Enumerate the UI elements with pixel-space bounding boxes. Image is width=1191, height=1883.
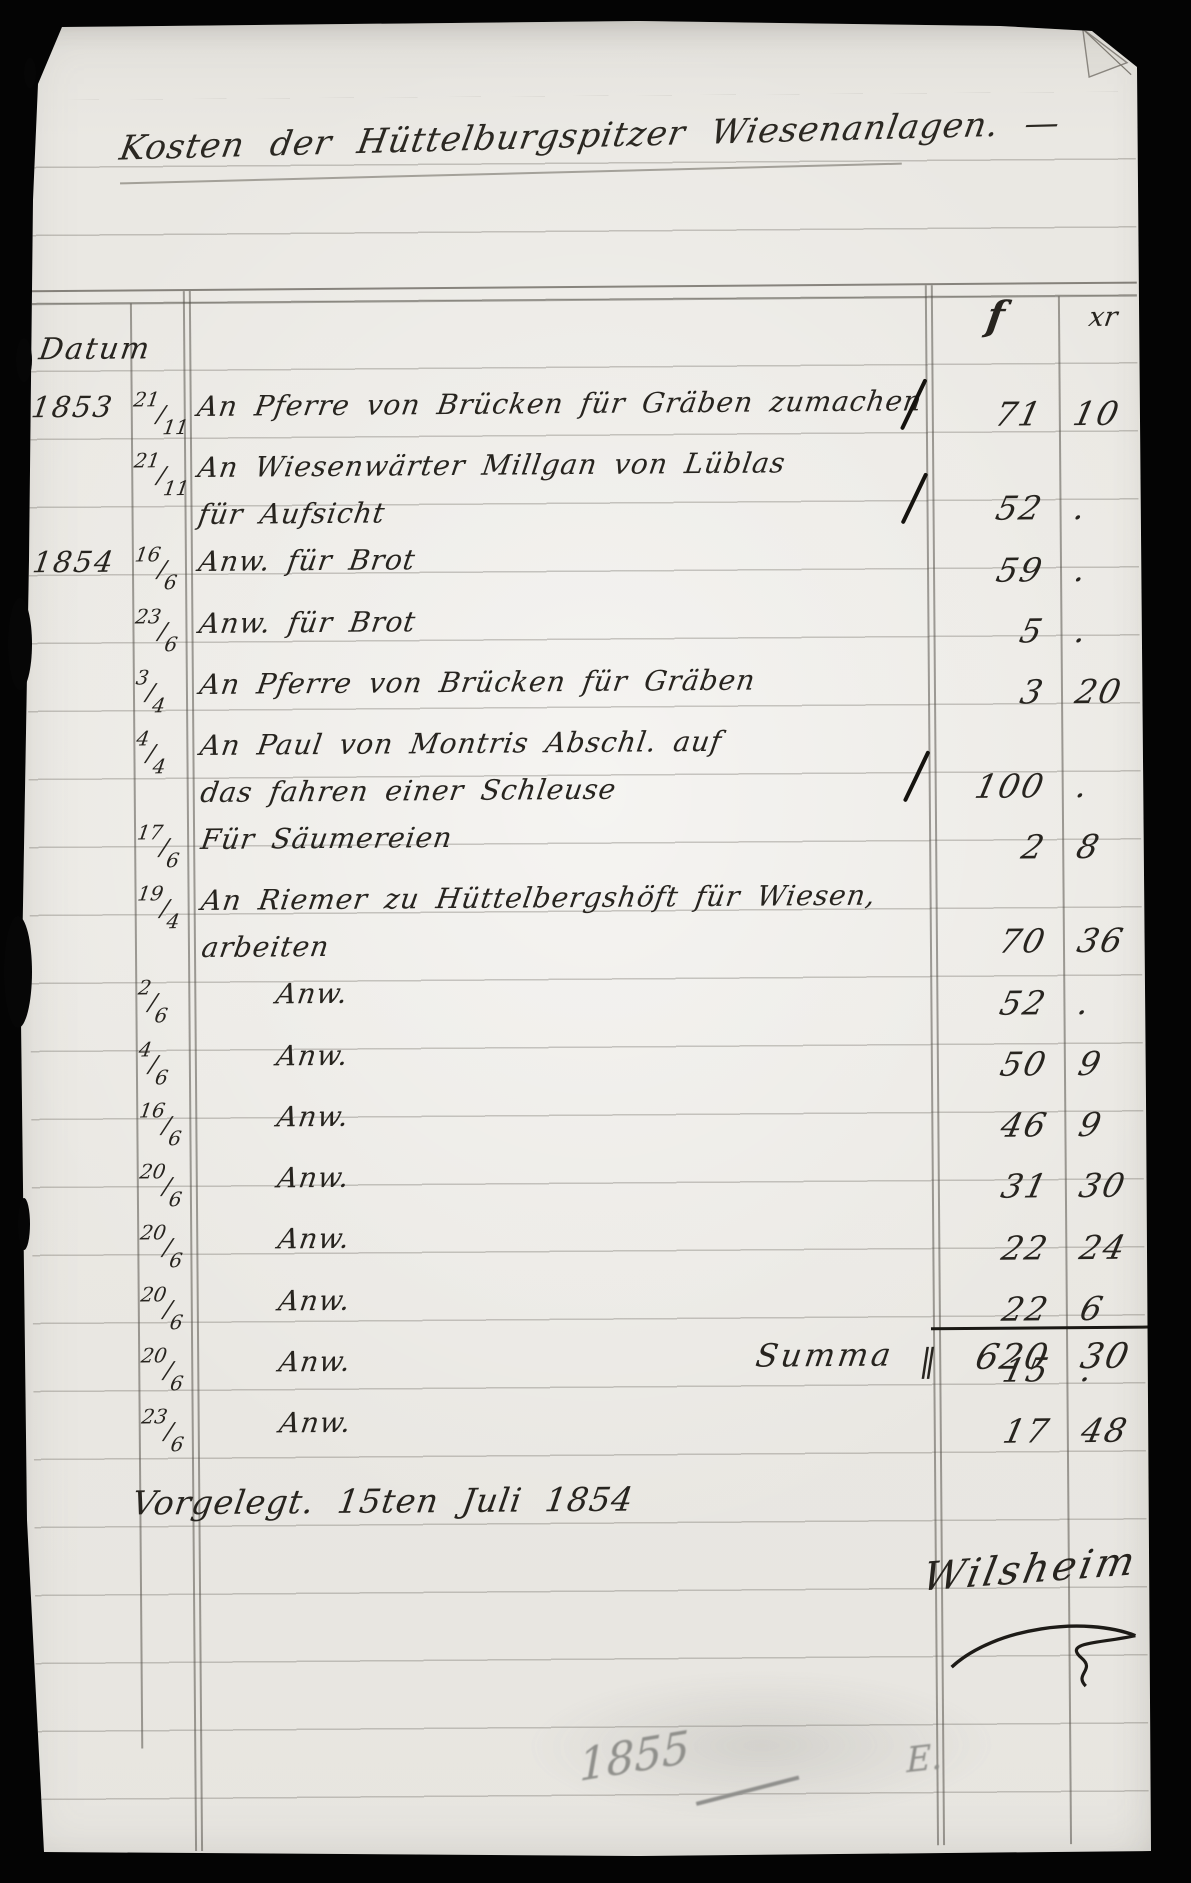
- column-header-kreuzer: xr: [1087, 302, 1120, 333]
- table-top-rule: [23, 282, 1137, 293]
- table-row: 1854 16/6 Anw. für Brot 59 .: [33, 531, 1143, 601]
- check-stroke: [903, 750, 931, 802]
- entry-year: [36, 972, 136, 1034]
- pencil-initials: E.: [906, 1737, 942, 1781]
- check-stroke: [900, 378, 928, 430]
- entry-amount-kreuzer: 9: [1065, 1025, 1147, 1087]
- entry-text: Anw.: [200, 1093, 353, 1141]
- column-rule-year: [130, 304, 143, 1749]
- title-underline: [120, 163, 902, 184]
- entry-day: 3/4: [134, 661, 192, 723]
- pencil-dash: [696, 1776, 800, 1806]
- document-title: Kosten der Hüttelburgspitzer Wiesenanlag…: [117, 103, 1064, 168]
- entry-text: An Pferre von Brücken für Gräben: [196, 656, 759, 707]
- entry-amount-kreuzer: .: [1062, 715, 1145, 810]
- page-content: Kosten der Hüttelburgspitzer Wiesenanlag…: [0, 0, 1191, 1883]
- entry-amount-gulden: 3: [928, 654, 1062, 716]
- entry-amount-gulden: 22: [933, 1271, 1067, 1333]
- entry-text: Anw.: [201, 1276, 354, 1324]
- entry-text: machen: [801, 377, 926, 425]
- entry-amount-kreuzer: 20: [1062, 653, 1144, 715]
- entry-description: Anw.: [196, 1210, 932, 1277]
- entry-text: Anw.: [200, 1154, 353, 1202]
- entry-day: 20/6: [138, 1155, 196, 1217]
- entry-year: [39, 1339, 139, 1401]
- table-row: 2/6 Anw. 52 .: [36, 964, 1146, 1034]
- entry-text: Anw. für Brot: [196, 598, 420, 647]
- check-stroke: [901, 472, 929, 524]
- entry-description: Anw. für Brot: [191, 533, 927, 600]
- entry-year: [40, 1400, 140, 1462]
- entry-year: [39, 1278, 139, 1340]
- column-rule-date-2: [189, 291, 203, 1851]
- pencil-smudge: [526, 1669, 997, 1823]
- entry-amount-kreuzer: 48: [1067, 1393, 1149, 1455]
- entry-amount-kreuzer: .: [1064, 964, 1146, 1026]
- entry-text: für Aufsicht: [195, 490, 389, 539]
- entry-amount-kreuzer: .: [1061, 531, 1143, 593]
- ink-blot: [18, 1198, 30, 1250]
- summa-mark: ‖: [917, 1341, 942, 1379]
- entry-amount-gulden: 52: [930, 964, 1064, 1026]
- entry-day: 20/6: [139, 1339, 197, 1401]
- table-row: 19/4 An Riemer zu Hüttelbergshöft für Wi…: [35, 870, 1146, 973]
- summa-row: Summa ‖ 620 30: [39, 1334, 1149, 1389]
- entry-amount-gulden: 22: [932, 1209, 1066, 1271]
- entry-day: 21/11: [132, 383, 190, 445]
- entry-year: [38, 1155, 138, 1217]
- table-row: 23/6 Anw. für Brot 5 .: [33, 592, 1143, 662]
- entry-year: [38, 1217, 138, 1279]
- scan-background: { "document": { "title": "Kosten der Hüt…: [0, 0, 1191, 1883]
- entry-description: Anw.: [195, 1027, 931, 1094]
- entry-amount-kreuzer: 9: [1065, 1086, 1147, 1148]
- entry-year: [33, 600, 133, 662]
- entry-year: [32, 445, 133, 540]
- ink-blot: [24, 58, 36, 88]
- entry-amount-gulden: 46: [931, 1087, 1065, 1149]
- entry-amount-kreuzer: 24: [1066, 1209, 1148, 1271]
- entry-amount-kreuzer: .: [1061, 592, 1143, 654]
- entry-amount-gulden: 50: [931, 1026, 1065, 1088]
- column-header-gulden: f: [983, 293, 1007, 340]
- entry-description: Anw.: [195, 1088, 931, 1155]
- entry-day: 4/6: [137, 1033, 195, 1095]
- entry-description: Anw. für Brot: [191, 594, 927, 661]
- entry-text: Anw.: [202, 1399, 355, 1447]
- entry-text: An Paul von Montris Abschl. auf: [197, 718, 725, 769]
- table-top-rule-2: [23, 295, 1137, 306]
- entry-description: An Pferre von Brücken für Gräben: [192, 655, 928, 722]
- table-row: 4/4 An Paul von Montris Abschl. aufdas f…: [34, 715, 1145, 818]
- entry-day: 23/6: [133, 600, 191, 662]
- entry-amount-gulden: 70: [929, 870, 1064, 965]
- column-rule-kreuzer: [1058, 296, 1072, 1844]
- sum-rule: [931, 1326, 1149, 1331]
- entry-year: [34, 661, 134, 723]
- entry-description: Für Säumereien: [193, 810, 929, 877]
- table-row: 16/6 Anw. 46 9: [37, 1086, 1147, 1156]
- pencil-year: 1855: [579, 1722, 690, 1792]
- entry-text: An Wiesenwärter Millgan von Lüblas: [195, 440, 789, 492]
- entry-amount-kreuzer: 30: [1066, 1148, 1148, 1210]
- entry-day: 21/11: [132, 444, 191, 538]
- entry-text: Anw. für Brot: [195, 537, 419, 586]
- column-rule-date: [183, 291, 197, 1851]
- entry-description: Anw.: [196, 1149, 932, 1216]
- entry-day: 20/6: [139, 1278, 197, 1340]
- entry-text: An Pferre von Brücken für Gräben zu: [194, 378, 808, 430]
- summa-total-gulden: 620: [971, 1334, 1054, 1381]
- entry-year: [35, 816, 135, 878]
- entry-text: das fahren einer Schleuse: [197, 766, 620, 816]
- entry-day: 23/6: [140, 1400, 198, 1462]
- entry-amount-gulden: 2: [929, 809, 1063, 871]
- summa-total-kreuzer: 30: [1076, 1334, 1135, 1380]
- column-rule-amount: [925, 285, 939, 1845]
- entry-text: Anw.: [199, 1031, 352, 1079]
- entry-description: Anw.: [197, 1333, 933, 1400]
- entry-text: Anw.: [202, 1338, 355, 1386]
- entry-text: arbeiten: [198, 923, 332, 971]
- table-row: 23/6 Anw. 17 48: [40, 1393, 1150, 1463]
- entries: 1853 21/11 An Pferre von Brücken für Grä…: [32, 376, 1150, 1463]
- ink-blot: [16, 338, 32, 382]
- ruling-lines: [23, 92, 1149, 1853]
- entry-text: An Riemer zu Hüttelbergshöft für Wiesen,: [198, 872, 879, 924]
- table-row: 4/6 Anw. 50 9: [37, 1025, 1147, 1095]
- entry-description: Anw.: [197, 1272, 933, 1339]
- ink-blot: [4, 916, 32, 1028]
- column-header-datum: Datum: [37, 331, 154, 367]
- entry-day: 16/6: [133, 538, 191, 600]
- entry-amount-gulden: 71: [926, 376, 1060, 438]
- entry-year: [35, 878, 136, 973]
- entry-day: 2/6: [136, 971, 194, 1033]
- table-row: 20/6 Anw. 22 24: [38, 1209, 1148, 1279]
- signature: Wilsheim: [919, 1538, 1142, 1600]
- summa-label: Summa: [753, 1336, 896, 1375]
- entry-text: Anw.: [199, 970, 352, 1018]
- entry-amount-kreuzer: 36: [1063, 870, 1146, 965]
- table-row: 20/6 Anw. 22 6: [39, 1270, 1149, 1340]
- entry-text: Anw.: [201, 1215, 354, 1263]
- entry-description: Anw.: [194, 966, 930, 1033]
- entry-description: An Riemer zu Hüttelbergshöft für Wiesen,…: [193, 872, 930, 972]
- entry-year: 1853: [32, 384, 132, 446]
- entry-amount-gulden: 15: [933, 1332, 1067, 1394]
- table-row: 1853 21/11 An Pferre von Brücken für Grä…: [32, 376, 1142, 446]
- entry-day: 4/4: [134, 722, 193, 816]
- entry-amount-kreuzer: .: [1060, 437, 1143, 532]
- entry-amount-gulden: 31: [932, 1148, 1066, 1210]
- entry-day: 20/6: [138, 1216, 196, 1278]
- table-row: 20/6 Anw. 31 30: [38, 1148, 1148, 1218]
- entry-amount-gulden: 52: [926, 437, 1061, 532]
- column-rule-amount-2: [931, 285, 945, 1845]
- entry-year: [37, 1094, 137, 1156]
- table-row: 3/4 An Pferre von Brücken für Gräben 3 2…: [34, 653, 1144, 723]
- table-row: 17/6 Für Säumereien 2 8: [35, 809, 1145, 879]
- signature-flourish: [945, 1614, 1156, 1700]
- entry-description: An Pferre von Brücken für Gräben zumache…: [190, 377, 926, 444]
- entry-description: An Wiesenwärter Millgan von Lüblasfür Au…: [190, 439, 927, 539]
- entry-description: An Paul von Montris Abschl. aufdas fahre…: [192, 716, 929, 816]
- entry-text: Für Säumereien: [198, 814, 456, 863]
- entry-day: 17/6: [135, 816, 193, 878]
- entry-amount-kreuzer: .: [1067, 1331, 1149, 1393]
- ink-blot: [8, 598, 32, 690]
- entry-amount-gulden: 5: [927, 593, 1061, 655]
- entry-day: 19/4: [135, 877, 194, 971]
- entry-amount-gulden: 59: [927, 531, 1061, 593]
- entry-day: 16/6: [137, 1094, 195, 1156]
- entry-amount-gulden: 100: [928, 715, 1063, 810]
- entry-amount-kreuzer: 8: [1063, 809, 1145, 871]
- entry-amount-kreuzer: 10: [1060, 376, 1142, 438]
- entry-description: Anw.: [198, 1394, 934, 1461]
- fold-corner: [1079, 25, 1137, 81]
- entry-year: [37, 1033, 137, 1095]
- entry-year: [34, 722, 135, 817]
- entry-year: 1854: [33, 539, 133, 601]
- table-row: 21/11 An Wiesenwärter Millgan von Lüblas…: [32, 437, 1143, 540]
- entry-amount-kreuzer: 6: [1067, 1270, 1149, 1332]
- entry-amount-gulden: 17: [933, 1393, 1067, 1455]
- presented-line: Vorgelegt. 15ten Juli 1854: [129, 1480, 636, 1523]
- table-row: 20/6 Anw. 15 .: [39, 1331, 1149, 1401]
- paper-sheet: Kosten der Hüttelburgspitzer Wiesenanlag…: [0, 0, 1191, 1883]
